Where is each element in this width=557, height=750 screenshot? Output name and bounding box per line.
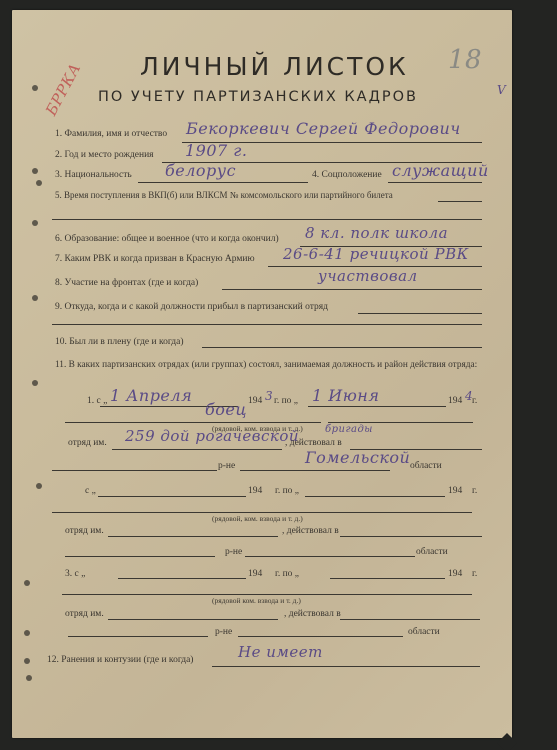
field-4-value[interactable]: служащий xyxy=(392,161,489,180)
punch-hole xyxy=(24,630,30,636)
field-8-label: 8. Участие на фронтах (где и когда) xyxy=(55,278,198,288)
service-1-position[interactable]: боец xyxy=(205,400,247,419)
service-3-to-label: г. по „ xyxy=(275,569,299,579)
service-2-from-year: 194 xyxy=(248,486,262,496)
document-title: ЛИЧНЫЙ ЛИСТОК xyxy=(140,52,409,81)
field-3-label: 3. Национальность xyxy=(55,170,132,180)
detachment-label: отряд им. xyxy=(65,609,104,619)
field-6-value[interactable]: 8 кл. полк школа xyxy=(305,224,448,242)
field-10-label: 10. Был ли в плену (где и когда) xyxy=(55,337,184,347)
field-12-label: 12. Ранения и контузии (где и когда) xyxy=(47,655,193,665)
punch-hole xyxy=(32,295,38,301)
detachment-label: отряд им. xyxy=(65,526,104,536)
field-2-label: 2. Год и место рождения xyxy=(55,150,154,160)
punch-hole xyxy=(32,85,38,91)
field-12-value[interactable]: Не имеет xyxy=(238,643,323,661)
year-suffix: г. xyxy=(472,486,477,496)
detachment-label: отряд им. xyxy=(68,438,107,448)
punch-hole xyxy=(36,180,42,186)
field-5-label: 5. Время поступления в ВКП(б) или ВЛКСМ … xyxy=(55,190,393,200)
service-1-from-year: 194 xyxy=(248,396,262,406)
field-1-label: 1. Фамилия, имя и отчество xyxy=(55,129,167,139)
punch-hole xyxy=(32,380,38,386)
year-suffix: г. xyxy=(472,396,477,406)
district-label: р-не xyxy=(215,627,232,637)
field-1-value[interactable]: Бекоркевич Сергей Федорович xyxy=(186,119,461,138)
field-7-value[interactable]: 26-6-41 речицкой РВК xyxy=(283,245,469,263)
region-label: области xyxy=(410,461,442,471)
service-1-from-year-digit[interactable]: 3 xyxy=(265,389,273,403)
service-1-number: 1. с „ xyxy=(87,396,107,406)
service-1-detachment[interactable]: 259 дой рогачевской xyxy=(125,427,299,445)
service-1-to-year: 194 xyxy=(448,396,462,406)
check-mark: V xyxy=(497,83,506,97)
district-label: р-не xyxy=(218,461,235,471)
punch-hole xyxy=(32,168,38,174)
field-7-label: 7. Каким РВК и когда призван в Красную А… xyxy=(55,254,255,264)
service-3-from-year: 194 xyxy=(248,569,262,579)
field-6-label: 6. Образование: общее и военное (что и к… xyxy=(55,234,279,244)
field-4-label: 4. Соцположение xyxy=(312,170,382,180)
region-label: области xyxy=(408,627,440,637)
district-label: р-не xyxy=(225,547,242,557)
region-label: области xyxy=(416,547,448,557)
service-1-from[interactable]: 1 Апреля xyxy=(110,386,192,405)
punch-hole xyxy=(32,220,38,226)
position-hint: (рядовой, ком. взвода и т. д.) xyxy=(212,514,303,523)
service-2-to-year: 194 xyxy=(448,486,462,496)
position-hint: (рядовой ком. взвода и т. д.) xyxy=(212,596,301,605)
punch-hole xyxy=(36,483,42,489)
service-1-region[interactable]: Гомельской xyxy=(305,448,410,467)
year-suffix: г. xyxy=(472,569,477,579)
acted-label: , действовал в xyxy=(284,609,341,619)
service-1-acted-in[interactable]: бригады xyxy=(325,424,373,435)
service-2-to-label: г. по „ xyxy=(275,486,299,496)
corner-number: 18 xyxy=(448,45,482,75)
acted-label: , действовал в xyxy=(282,526,339,536)
field-3-value[interactable]: белорус xyxy=(165,161,236,180)
field-2-value[interactable]: 1907 г. xyxy=(185,141,247,160)
service-1-to[interactable]: 1 Июня xyxy=(312,386,379,405)
field-8-value[interactable]: участвовал xyxy=(318,267,418,285)
service-3-to-year: 194 xyxy=(448,569,462,579)
document-subtitle: ПО УЧЕТУ ПАРТИЗАНСКИХ КАДРОВ xyxy=(98,89,418,105)
punch-hole xyxy=(24,658,30,664)
punch-hole xyxy=(24,580,30,586)
service-3-number: 3. с „ xyxy=(65,569,85,579)
service-1-to-label: г. по „ xyxy=(274,396,298,406)
acted-label: , действовал в xyxy=(285,438,342,448)
service-2-number: с „ xyxy=(85,486,96,496)
field-9-label: 9. Откуда, когда и с какой должности при… xyxy=(55,302,328,312)
field-11-label: 11. В каких партизанских отрядах (или гр… xyxy=(55,359,485,372)
punch-hole xyxy=(26,675,32,681)
